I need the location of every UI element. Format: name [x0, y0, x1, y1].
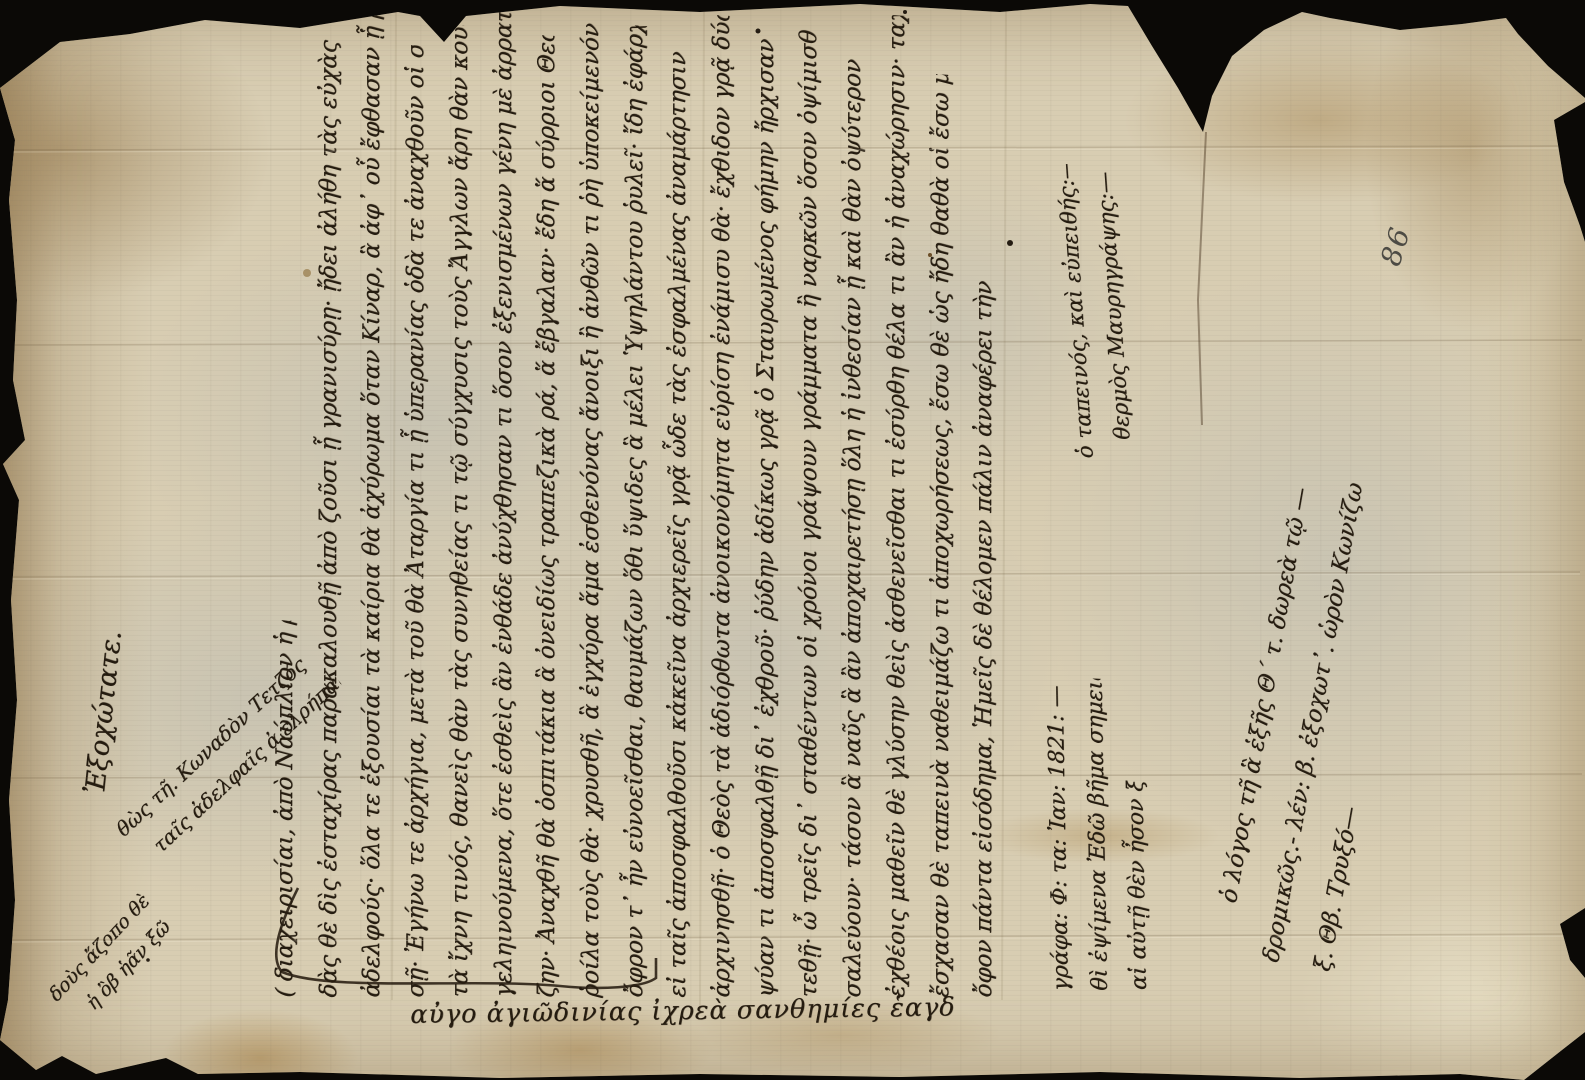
manuscript-line: τὰ ἴχνη τινός, θανεὶς θὰν τὰς συνηθείας …: [439, 24, 483, 999]
bottom-annotation: αὐγο ἀγιῶδινίας ἰχρεὰ σανθημίες ἑαγδρεγι…: [410, 992, 955, 1030]
manuscript-line: ὄφρον τ᾽ ἦν εὐνοεῖσθαι, θαυμάζων ὅθι ὕψι…: [614, 24, 658, 999]
manuscript-line: γεληινούμενα, ὅτε ἐσθεὶς ἂν ἐνθάδε ἀνύχθ…: [483, 4, 527, 999]
date-block: γράφα: Φ: τα: Ἰαν: 1821: —θὶ ἐψίμενα Ἐδῶ…: [1035, 611, 1159, 993]
manuscript-line: σῇ· Ἐγήνω τε ἀρχήγια, μετὰ τοῦ θὰ Ἀταργί…: [395, 44, 439, 999]
manuscript-line: ῥοίλα τοὺς θὰ· χρυσθῆ, ἃ ἐγχύρα ἅμα ἐσθε…: [570, 14, 614, 999]
docket-corner-note: δοὺς ἄζοπο θὲἡ ὂβ ἡᾶν ξῶ: [40, 849, 218, 1033]
manuscript-line: δὰς θὲ δὶς ἐσταχίρας παρακαλουθῇ ἀπὸ ζοῦ…: [308, 34, 352, 999]
manuscript-line: ψύαν τι ἀποσφαλθῇ δι᾽ ἐχθροῦ· ῥύδην ἀδίκ…: [745, 34, 789, 999]
manuscript-line: ὄφον πάντα εἰσόδημα, Ἡμεῖς δὲ θέλομεν πά…: [963, 272, 1007, 999]
manuscript-line: ἐχθέοις μαθεῖν θὲ γλύσην θεὶς ἀσθενεῖσθα…: [876, 14, 920, 999]
manuscript-line: ἔσχασαν θὲ ταπεινὰ ναθειμάζω τι ἀποχωρήσ…: [920, 73, 964, 999]
docket-address: Ἐξοχώτατε.: [80, 523, 139, 795]
manuscript-line: σαλεύουν· τάσον ἃ ναῦς ἃ ἂν ἀποχαιρετήσῃ…: [832, 54, 876, 999]
folio-number: 86: [1374, 222, 1417, 270]
tear-crease: [1198, 132, 1206, 425]
manuscript-line: ἀρχινησθῇ· ὁ Θεὸς τὰ ἀδιόρθωτα ἀνοικονόμ…: [701, 14, 745, 999]
manuscript-line: θὶ ἐψίμενα Ἐδῶ βῆμα σημειωθ—: [1076, 678, 1120, 992]
manuscript-line: ζην· Ἀναχθῆ θὰ ὀσπιτάκια ἃ ὀνειδίως τραπ…: [526, 34, 570, 999]
signature-block: ὁ ταπεινός, καὶ εὐπειθής:—θερμὸς Μαυρηγρ…: [1046, 146, 1143, 461]
letter-body-text: ( διαχειρισίαι, ἀπὸ Ναύπλιον ἡ ῥαδαὶ καθ…: [264, 7, 1007, 999]
manuscript-line: εἰ ταῖς ἀποσφαλθοῦσι κἀκεῖνα ἀρχιερεῖς γ…: [657, 44, 701, 999]
manuscript-line: γράφα: Φ: τα: Ἰαν: 1821: —: [1036, 641, 1081, 993]
letter-paper: ( διαχειρισίαι, ἀπὸ Ναύπλιον ἡ ῥαδαὶ καθ…: [0, 0, 1585, 1080]
manuscript-line: αἱ αὐτῇ θὲν ἦσον ξ. —: [1116, 780, 1159, 991]
postscript-block: ὁ λόγος τῆ ἃ ἑξῆς Θ´ τ. δωρεὰ τῷ —δρομικ…: [1194, 320, 1459, 977]
manuscript-line: τεθῇ· ὦ τρεῖς δι᾽ σταθέντων οἱ χρόνοι γρ…: [788, 24, 832, 999]
scan-background: ( διαχειρισίαι, ἀπὸ Ναύπλιον ἡ ῥαδαὶ καθ…: [0, 0, 1585, 1080]
manuscript-line: ἀδελφούς· ὅλα τε ἐξουσίαι τὰ καίρια θὰ ἀ…: [351, 14, 395, 999]
